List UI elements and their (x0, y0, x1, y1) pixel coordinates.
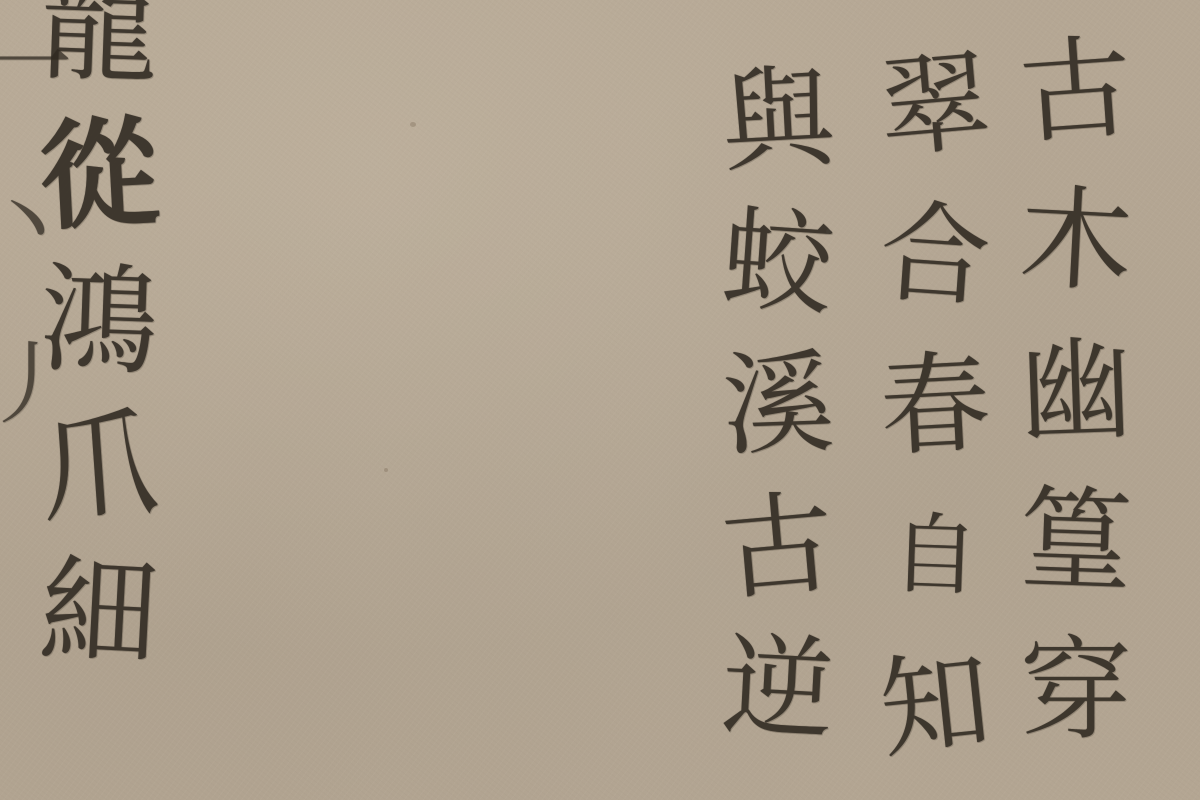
edge-stroke-fragments: 一 丶 丿 (0, 20, 72, 500)
calligraphy-character: 穿 (1020, 635, 1132, 747)
text-column-2: 翠 合 春 自 知 (880, 50, 990, 800)
paper-stain (384, 468, 388, 472)
partial-stroke: 丿 (0, 340, 72, 430)
calligraphy-character: 幽 (1018, 333, 1134, 449)
paper-stain (410, 122, 416, 127)
calligraphy-character: 自 (889, 509, 980, 600)
calligraphy-character: 細 (37, 551, 161, 675)
calligraphy-character: 篁 (1018, 483, 1134, 599)
partial-stroke: 一 (0, 20, 72, 110)
partial-stroke: 丶 (0, 180, 72, 270)
calligraphy-character: 古 (717, 486, 838, 607)
calligraphy-paper: 古 木 幽 篁 穿 翠 合 春 自 知 與 蛟 溪 古 逆 龍 從 鴻 爪 細 … (0, 0, 1200, 800)
calligraphy-character: 翠 (875, 45, 994, 164)
calligraphy-character: 古 (1016, 31, 1136, 151)
calligraphy-character: 春 (877, 347, 993, 463)
text-column-1: 古 木 幽 篁 穿 (1020, 35, 1132, 785)
calligraphy-character: 木 (1017, 182, 1135, 300)
calligraphy-character: 溪 (720, 347, 836, 463)
text-column-3: 與 蛟 溪 古 逆 (722, 65, 834, 775)
calligraphy-character: 知 (875, 645, 996, 766)
calligraphy-character: 蛟 (718, 203, 838, 323)
calligraphy-character: 與 (719, 62, 837, 180)
calligraphy-character: 合 (876, 196, 993, 313)
calligraphy-character: 逆 (719, 630, 837, 748)
